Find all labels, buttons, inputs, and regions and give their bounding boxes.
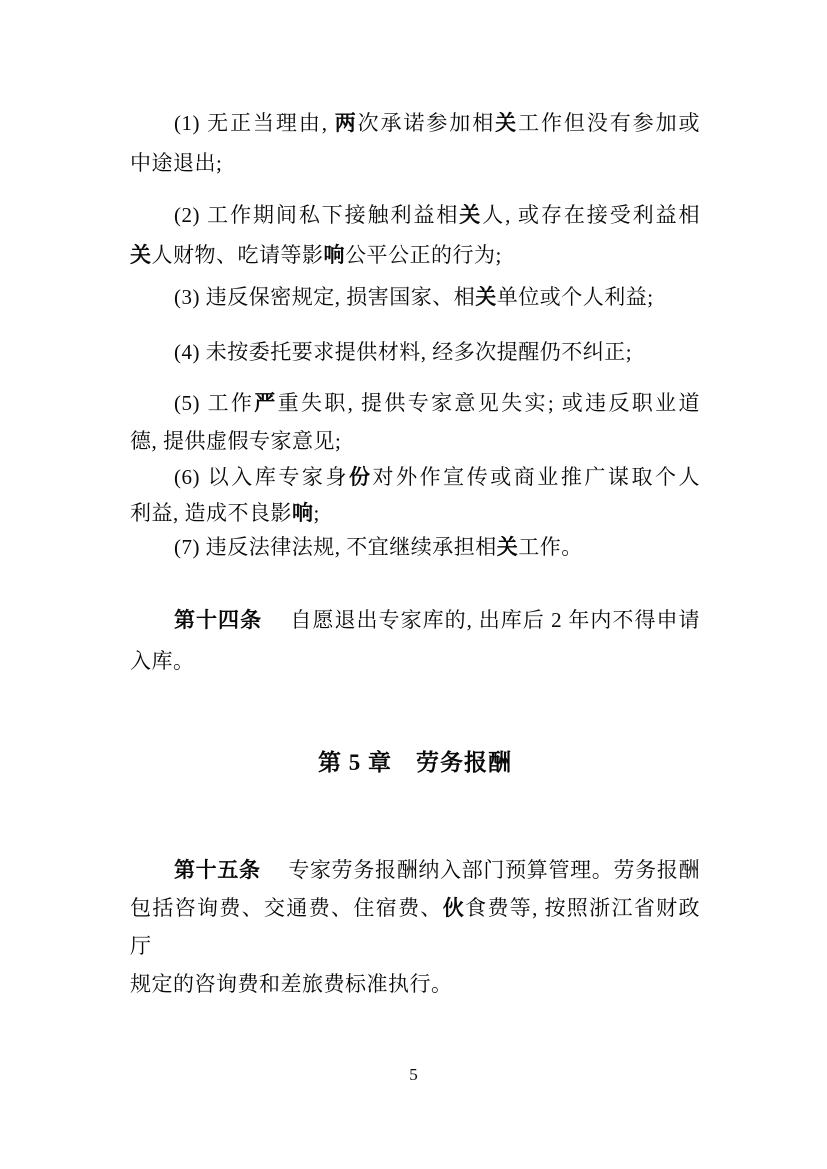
body-text: 公平公正的行为; xyxy=(345,243,502,267)
body-text: (4) 未按委托要求提供材料, 经多次提醒仍不纠正; xyxy=(174,340,632,364)
body-text: (1) 无正当理由, xyxy=(174,111,335,135)
text-line: 中途退出; xyxy=(130,143,700,183)
body-text: 中途退出; xyxy=(130,151,222,175)
emphasis-text: 响 xyxy=(292,501,314,525)
body-text: (6) 以入库专家身 xyxy=(174,465,349,489)
clause-5-paragraph: (5) 工作严重失职, 提供专家意见失实; 或违反职业道德, 提供虚假专家意见; xyxy=(130,384,700,460)
text-line: (6) 以入库专家身份对外作宣传或商业推广谋取个人 xyxy=(130,459,700,495)
body-text: 对外作宣传或商业推广谋取个人 xyxy=(373,465,700,489)
clause-2-paragraph: (2) 工作期间私下接触利益相关人, 或存在接受利益相关人财物、吃请等影响公平公… xyxy=(130,195,700,275)
body-text: 工作。 xyxy=(518,535,583,559)
article-15-paragraph: 第十五条 专家劳务报酬纳入部门预算管理。劳务报酬包括咨询费、交通费、住宿费、伙食… xyxy=(130,851,700,1003)
clause-7-paragraph: (7) 违反法律法规, 不宜继续承担相关工作。 xyxy=(130,529,700,565)
text-line: (7) 违反法律法规, 不宜继续承担相关工作。 xyxy=(130,529,700,565)
clause-6-paragraph: (6) 以入库专家身份对外作宣传或商业推广谋取个人利益, 造成不良影响; xyxy=(130,459,700,531)
text-line: 关人财物、吃请等影响公平公正的行为; xyxy=(130,235,700,275)
clause-4-paragraph: (4) 未按委托要求提供材料, 经多次提醒仍不纠正; xyxy=(130,332,700,372)
text-line: 第十五条 专家劳务报酬纳入部门预算管理。劳务报酬 xyxy=(130,851,700,889)
page-number: 5 xyxy=(0,1064,827,1086)
document-page: (1) 无正当理由, 两次承诺参加相关工作但没有参加或中途退出; (2) 工作期… xyxy=(0,0,827,1169)
emphasis-text: 关 xyxy=(495,111,518,135)
body-text: (2) 工作期间私下接触利益相 xyxy=(174,203,459,227)
body-text: 自愿退出专家库的, 出库后 2 年内不得申请 xyxy=(262,608,700,632)
clause-3-paragraph: (3) 违反保密规定, 损害国家、相关单位或个人利益; xyxy=(130,277,700,317)
text-line: 入库。 xyxy=(130,641,700,682)
body-text: 人, 或存在接受利益相 xyxy=(482,203,700,227)
emphasis-text: 伙 xyxy=(443,896,465,920)
emphasis-text: 关 xyxy=(475,285,497,309)
text-line: (2) 工作期间私下接触利益相关人, 或存在接受利益相 xyxy=(130,195,700,235)
emphasis-text: 第十五条 xyxy=(174,858,261,882)
body-text: 入库。 xyxy=(130,649,195,673)
article-14-paragraph: 第十四条 自愿退出专家库的, 出库后 2 年内不得申请入库。 xyxy=(130,600,700,682)
body-text: 利益, 造成不良影 xyxy=(130,501,292,525)
emphasis-text: 关 xyxy=(497,535,519,559)
text-line: (1) 无正当理由, 两次承诺参加相关工作但没有参加或 xyxy=(130,103,700,143)
text-line: (5) 工作严重失职, 提供专家意见失实; 或违反职业道 xyxy=(130,384,700,422)
emphasis-text: 关 xyxy=(130,243,152,267)
emphasis-text: 响 xyxy=(324,243,346,267)
body-text: (5) 工作 xyxy=(174,391,254,415)
body-text: 专家劳务报酬纳入部门预算管理。劳务报酬 xyxy=(261,858,700,882)
emphasis-text: 严 xyxy=(254,391,277,415)
body-text: 规定的咨询费和差旅费标准执行。 xyxy=(130,972,453,996)
emphasis-text: 份 xyxy=(349,465,373,489)
text-line: 德, 提供虚假专家意见; xyxy=(130,422,700,460)
text-line: 第十四条 自愿退出专家库的, 出库后 2 年内不得申请 xyxy=(130,600,700,641)
body-text: ; xyxy=(314,501,320,525)
body-text: (7) 违反法律法规, 不宜继续承担相 xyxy=(174,535,497,559)
text-line: 包括咨询费、交通费、住宿费、伙食费等, 按照浙江省财政厅 xyxy=(130,889,700,965)
emphasis-text: 关 xyxy=(459,203,482,227)
emphasis-text: 两 xyxy=(335,111,358,135)
body-text: 包括咨询费、交通费、住宿费、 xyxy=(130,896,443,920)
body-text: (3) 违反保密规定, 损害国家、相 xyxy=(174,285,475,309)
body-text: 次承诺参加相 xyxy=(358,111,496,135)
body-text: 德, 提供虚假专家意见; xyxy=(130,429,341,453)
text-line: 第 5 章 劳务报酬 xyxy=(130,748,700,778)
body-text: 单位或个人利益; xyxy=(497,285,654,309)
text-line: (3) 违反保密规定, 损害国家、相关单位或个人利益; xyxy=(130,277,700,317)
body-text: 工作但没有参加或 xyxy=(518,111,700,135)
emphasis-text: 第十四条 xyxy=(174,608,262,632)
body-text: 重失职, 提供专家意见失实; 或违反职业道 xyxy=(278,391,700,415)
text-line: 规定的咨询费和差旅费标准执行。 xyxy=(130,965,700,1003)
text-line: (4) 未按委托要求提供材料, 经多次提醒仍不纠正; xyxy=(130,332,700,372)
chapter-heading: 第 5 章 劳务报酬 xyxy=(130,748,700,778)
text-line: 利益, 造成不良影响; xyxy=(130,495,700,531)
emphasis-text: 第 5 章 劳务报酬 xyxy=(318,750,512,775)
body-text: 人财物、吃请等影 xyxy=(152,243,324,267)
clause-1-paragraph: (1) 无正当理由, 两次承诺参加相关工作但没有参加或中途退出; xyxy=(130,103,700,183)
